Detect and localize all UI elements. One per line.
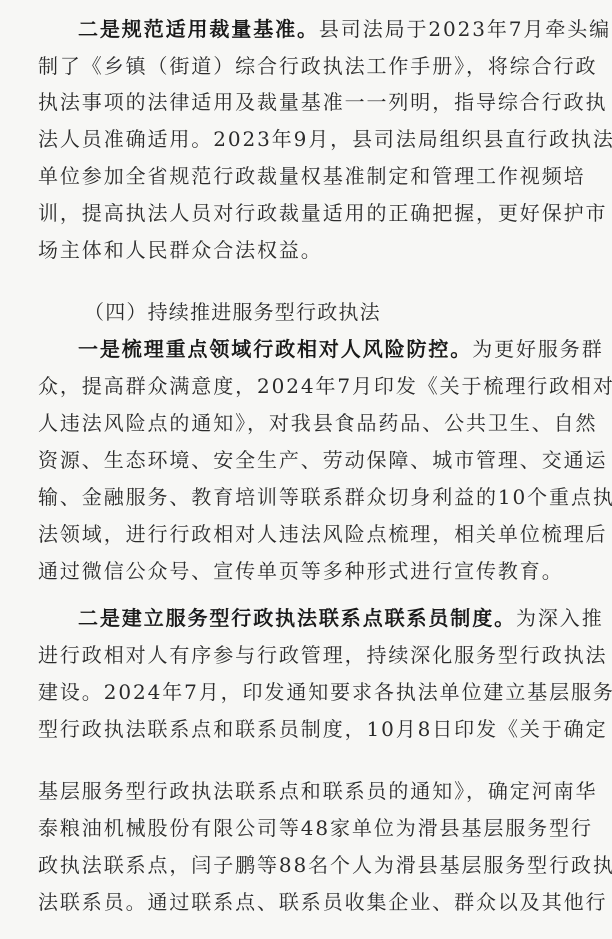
- paragraph-lead-bold: 二是建立服务型行政执法联系点联系员制度。: [78, 606, 516, 630]
- paragraph-line: 政执法联系点，闫子鹏等88名个人为滑县基层服务型行政执: [38, 852, 578, 878]
- paragraph-line: 制了《乡镇（街道）综合行政执法工作手册》，将综合行政: [38, 53, 578, 79]
- paragraph-line: 型行政执法联系点和联系员制度，10月8日印发《关于确定: [38, 716, 578, 742]
- paragraph-line: 法领域，进行行政相对人违法风险点梳理，相关单位梳理后: [38, 521, 578, 547]
- paragraph-line: 输、金融服务、教育培训等联系群众切身利益的10个重点执: [38, 484, 578, 510]
- paragraph-lead-bold: 二是规范适用裁量基准。: [78, 17, 319, 41]
- paragraph-line: 二是规范适用裁量基准。县司法局于2023年7月牵头编: [78, 16, 578, 42]
- paragraph-line: 一是梳理重点领域行政相对人风险防控。为更好服务群: [78, 336, 578, 362]
- paragraph-line: 人违法风险点的通知》，对我县食品药品、公共卫生、自然: [38, 410, 578, 436]
- paragraph-line: 单位参加全省规范行政裁量权基准制定和管理工作视频培: [38, 163, 578, 189]
- paragraph-line: 进行政相对人有序参与行政管理，持续深化服务型行政执法: [38, 642, 578, 668]
- paragraph-line: 二是建立服务型行政执法联系点联系员制度。为深入推: [78, 605, 578, 631]
- paragraph-line: 基层服务型行政执法联系点和联系员的通知》，确定河南华: [38, 778, 578, 804]
- paragraph-line: 法联系员。通过联系点、联系员收集企业、群众以及其他行: [38, 889, 578, 915]
- paragraph-line: 众，提高群众满意度，2024年7月印发《关于梳理行政相对: [38, 373, 578, 399]
- paragraph-line: 资源、生态环境、安全生产、劳动保障、城市管理、交通运: [38, 447, 578, 473]
- paragraph-line: 训，提高执法人员对行政裁量适用的正确把握，更好保护市: [38, 200, 578, 226]
- paragraph-line: 建设。2024年7月，印发通知要求各执法单位建立基层服务: [38, 679, 578, 705]
- paragraph-lead-bold: 一是梳理重点领域行政相对人风险防控。: [78, 337, 472, 361]
- section-heading: （四）持续推进服务型行政执法: [84, 299, 381, 325]
- paragraph-line: 场主体和人民群众合法权益。: [38, 237, 323, 263]
- paragraph-line: 法人员准确适用。2023年9月，县司法局组织县直行政执法: [38, 126, 578, 152]
- paragraph-line: 通过微信公众号、宣传单页等多种形式进行宣传教育。: [38, 558, 564, 584]
- paragraph-line: 执法事项的法律适用及裁量基准一一列明，指导综合行政执: [38, 89, 578, 115]
- document-page: 二是规范适用裁量基准。县司法局于2023年7月牵头编 制了《乡镇（街道）综合行政…: [0, 0, 612, 939]
- paragraph-line: 泰粮油机械股份有限公司等48家单位为滑县基层服务型行: [38, 815, 578, 841]
